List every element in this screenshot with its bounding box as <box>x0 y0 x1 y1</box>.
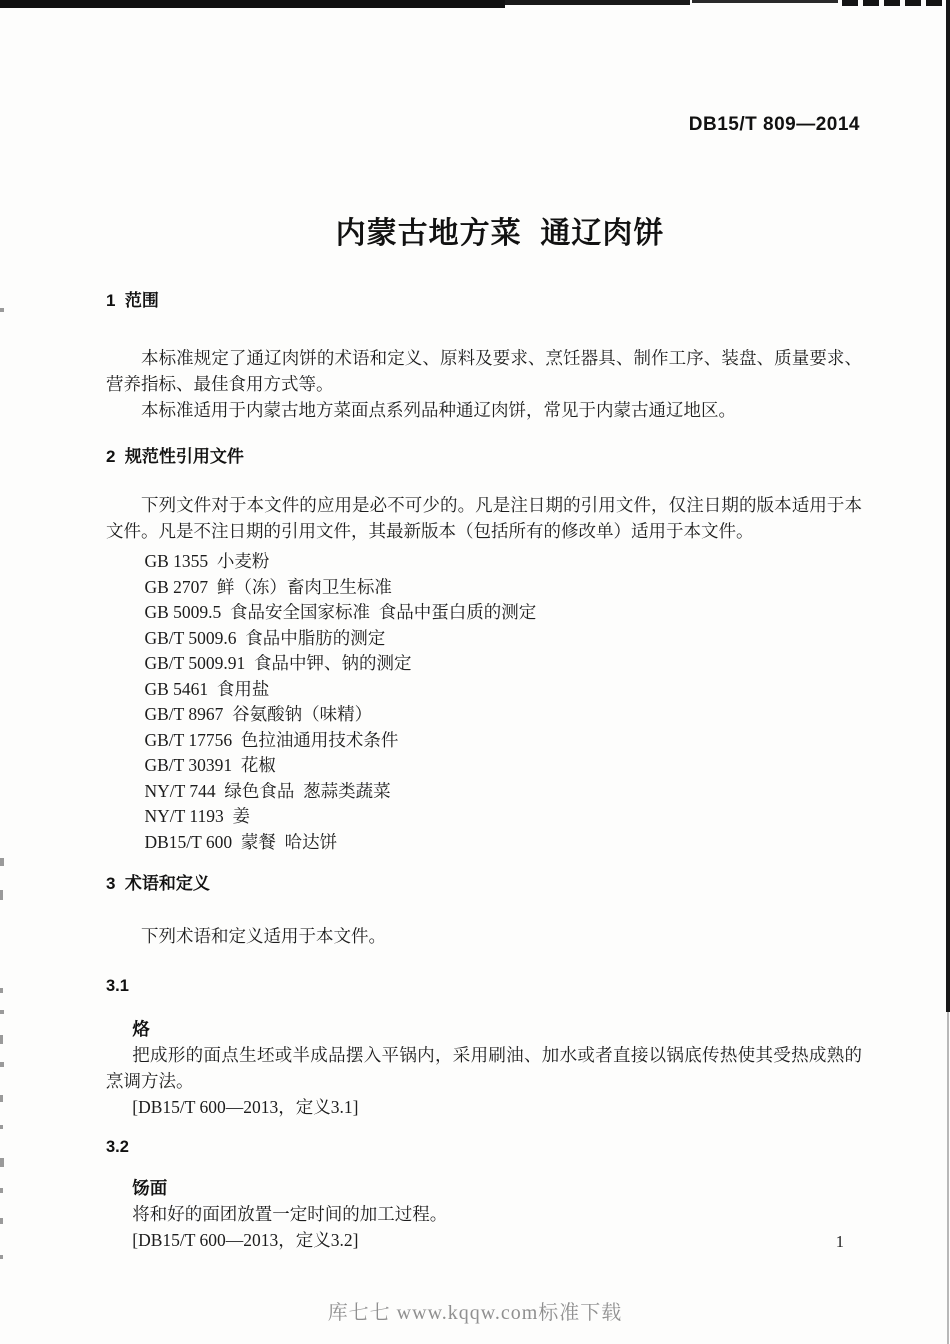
section-2-heading: 2 规范性引用文件 <box>106 444 862 470</box>
scan-artifact-right-edge <box>946 0 950 1012</box>
scanned-document-page: DB15/T 809—2014 内蒙古地方菜 通辽肉饼 1 范围 本标准规定了通… <box>0 0 950 1344</box>
scan-artifact-segment <box>692 0 838 3</box>
clause-3-1-source: [DB15/T 600—2013，定义3.1] <box>106 1094 862 1120</box>
reference-item: GB 1355 小麦粉 <box>145 549 863 575</box>
scan-artifact-segment <box>842 0 950 6</box>
reference-item: GB/T 30391 花椒 <box>145 753 863 779</box>
reference-item: GB/T 5009.6 食品中脂肪的测定 <box>145 626 863 652</box>
section-1-paragraph-1: 本标准规定了通辽肉饼的术语和定义、原料及要求、烹饪器具、制作工序、装盘、质量要求… <box>106 345 862 397</box>
watermark-text: 库七七 www.kqqw.com标准下载 <box>0 1296 950 1325</box>
document-body: 1 范围 本标准规定了通辽肉饼的术语和定义、原料及要求、烹饪器具、制作工序、装盘… <box>106 288 862 1253</box>
clause-3-2-source: [DB15/T 600—2013，定义3.2] <box>106 1227 862 1253</box>
scan-artifact-speck <box>0 1062 4 1067</box>
clause-3-1-term: 烙 <box>106 1016 862 1042</box>
scan-artifact-segment <box>0 0 505 8</box>
scan-artifact-speck <box>0 1158 4 1167</box>
scan-artifact-speck <box>0 1218 3 1224</box>
scan-artifact-speck <box>0 1188 3 1193</box>
clause-3-1-number: 3.1 <box>106 973 862 999</box>
scan-artifact-speck <box>0 1125 3 1129</box>
scan-artifact-top-bar <box>0 0 950 10</box>
section-2-intro: 下列文件对于本文件的应用是必不可少的。凡是注日期的引用文件，仅注日期的版本适用于… <box>106 492 862 544</box>
reference-item: NY/T 744 绿色食品 葱蒜类蔬菜 <box>145 779 863 805</box>
scan-artifact-speck <box>0 1095 3 1102</box>
scan-artifact-segment <box>505 0 690 5</box>
scan-artifact-speck <box>0 308 4 312</box>
section-1-paragraph-2: 本标准适用于内蒙古地方菜面点系列品种通辽肉饼，常见于内蒙古通辽地区。 <box>106 397 862 423</box>
reference-item: GB 2707 鲜（冻）畜肉卫生标准 <box>145 575 863 601</box>
scan-artifact-speck <box>0 890 3 900</box>
reference-item: GB 5009.5 食品安全国家标准 食品中蛋白质的测定 <box>145 600 863 626</box>
section-3-intro: 下列术语和定义适用于本文件。 <box>106 923 862 949</box>
section-3-heading: 3 术语和定义 <box>106 871 862 897</box>
clause-3-2-number: 3.2 <box>106 1134 862 1160</box>
normative-references-list: GB 1355 小麦粉 GB 2707 鲜（冻）畜肉卫生标准 GB 5009.5… <box>106 549 862 855</box>
scan-artifact-speck <box>0 858 4 866</box>
scan-artifact-speck <box>0 988 3 993</box>
clause-3-1-definition: 把成形的面点生坯或半成品摆入平锅内，采用刷油、加水或者直接以锅底传热使其受热成熟… <box>106 1042 862 1094</box>
section-1-heading: 1 范围 <box>106 288 862 314</box>
reference-item: NY/T 1193 姜 <box>145 804 863 830</box>
standard-code: DB15/T 809—2014 <box>689 114 860 136</box>
scan-artifact-speck <box>0 1035 3 1044</box>
reference-item: GB/T 8967 谷氨酸钠（味精） <box>145 702 863 728</box>
reference-item: GB/T 17756 色拉油通用技术条件 <box>145 728 863 754</box>
clause-3-2-term: 饧面 <box>106 1175 862 1201</box>
reference-item: GB/T 5009.91 食品中钾、钠的测定 <box>145 651 863 677</box>
page-number: 1 <box>836 1232 844 1252</box>
scan-artifact-right-edge-light <box>947 1012 949 1344</box>
scan-artifact-speck <box>0 1010 4 1014</box>
document-title: 内蒙古地方菜 通辽肉饼 <box>110 208 890 252</box>
reference-item: DB15/T 600 蒙餐 哈达饼 <box>145 830 863 856</box>
clause-3-2-definition: 将和好的面团放置一定时间的加工过程。 <box>106 1201 862 1227</box>
scan-artifact-speck <box>0 1255 3 1259</box>
reference-item: GB 5461 食用盐 <box>145 677 863 703</box>
